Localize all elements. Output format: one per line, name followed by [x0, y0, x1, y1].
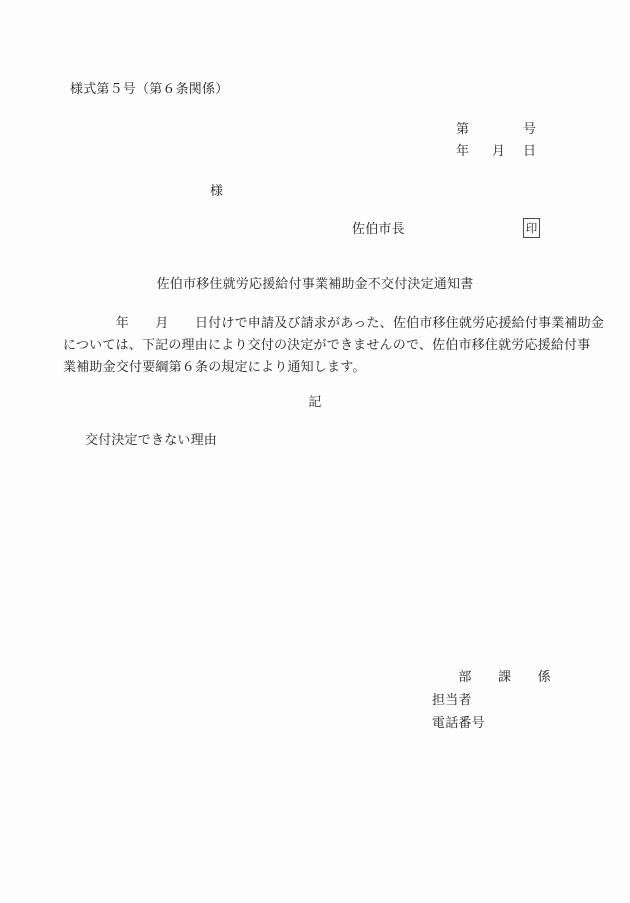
body-line-3: 業補助金交付要綱第６条の規定により通知します。 [63, 359, 366, 375]
date-day-label: 日 [523, 143, 536, 159]
footer-phone-label: 電話番号 [432, 715, 485, 731]
doc-number-suffix: 号 [523, 121, 536, 137]
doc-number-prefix: 第 [456, 121, 469, 137]
date-month-label: 月 [492, 143, 505, 159]
form-number: 様式第５号（第６条関係） [70, 81, 228, 97]
document-page: 様式第５号（第６条関係） 第 号 年 月 日 様 佐伯市長 印 佐伯市移住就労応… [0, 0, 630, 903]
document-title: 佐伯市移住就労応援給付事業補助金不交付決定通知書 [0, 276, 630, 292]
seal-box: 印 [523, 218, 540, 238]
footer-department-line: 部 課 係 [432, 669, 551, 685]
date-year-label: 年 [456, 143, 469, 159]
record-marker: 記 [0, 394, 630, 410]
footer-person-label: 担当者 [432, 692, 472, 708]
addressee-honorific: 様 [210, 183, 223, 199]
sender-title: 佐伯市長 [352, 221, 405, 237]
body-line-2: については、下記の理由により交付の決定ができませんので、佐伯市移住就労応援給付事 [63, 337, 590, 353]
body-line-1: 年 月 日付けで申請及び請求があった、佐伯市移住就労応援給付事業補助金 [63, 315, 604, 331]
reason-heading: 交付決定できない理由 [85, 432, 217, 448]
